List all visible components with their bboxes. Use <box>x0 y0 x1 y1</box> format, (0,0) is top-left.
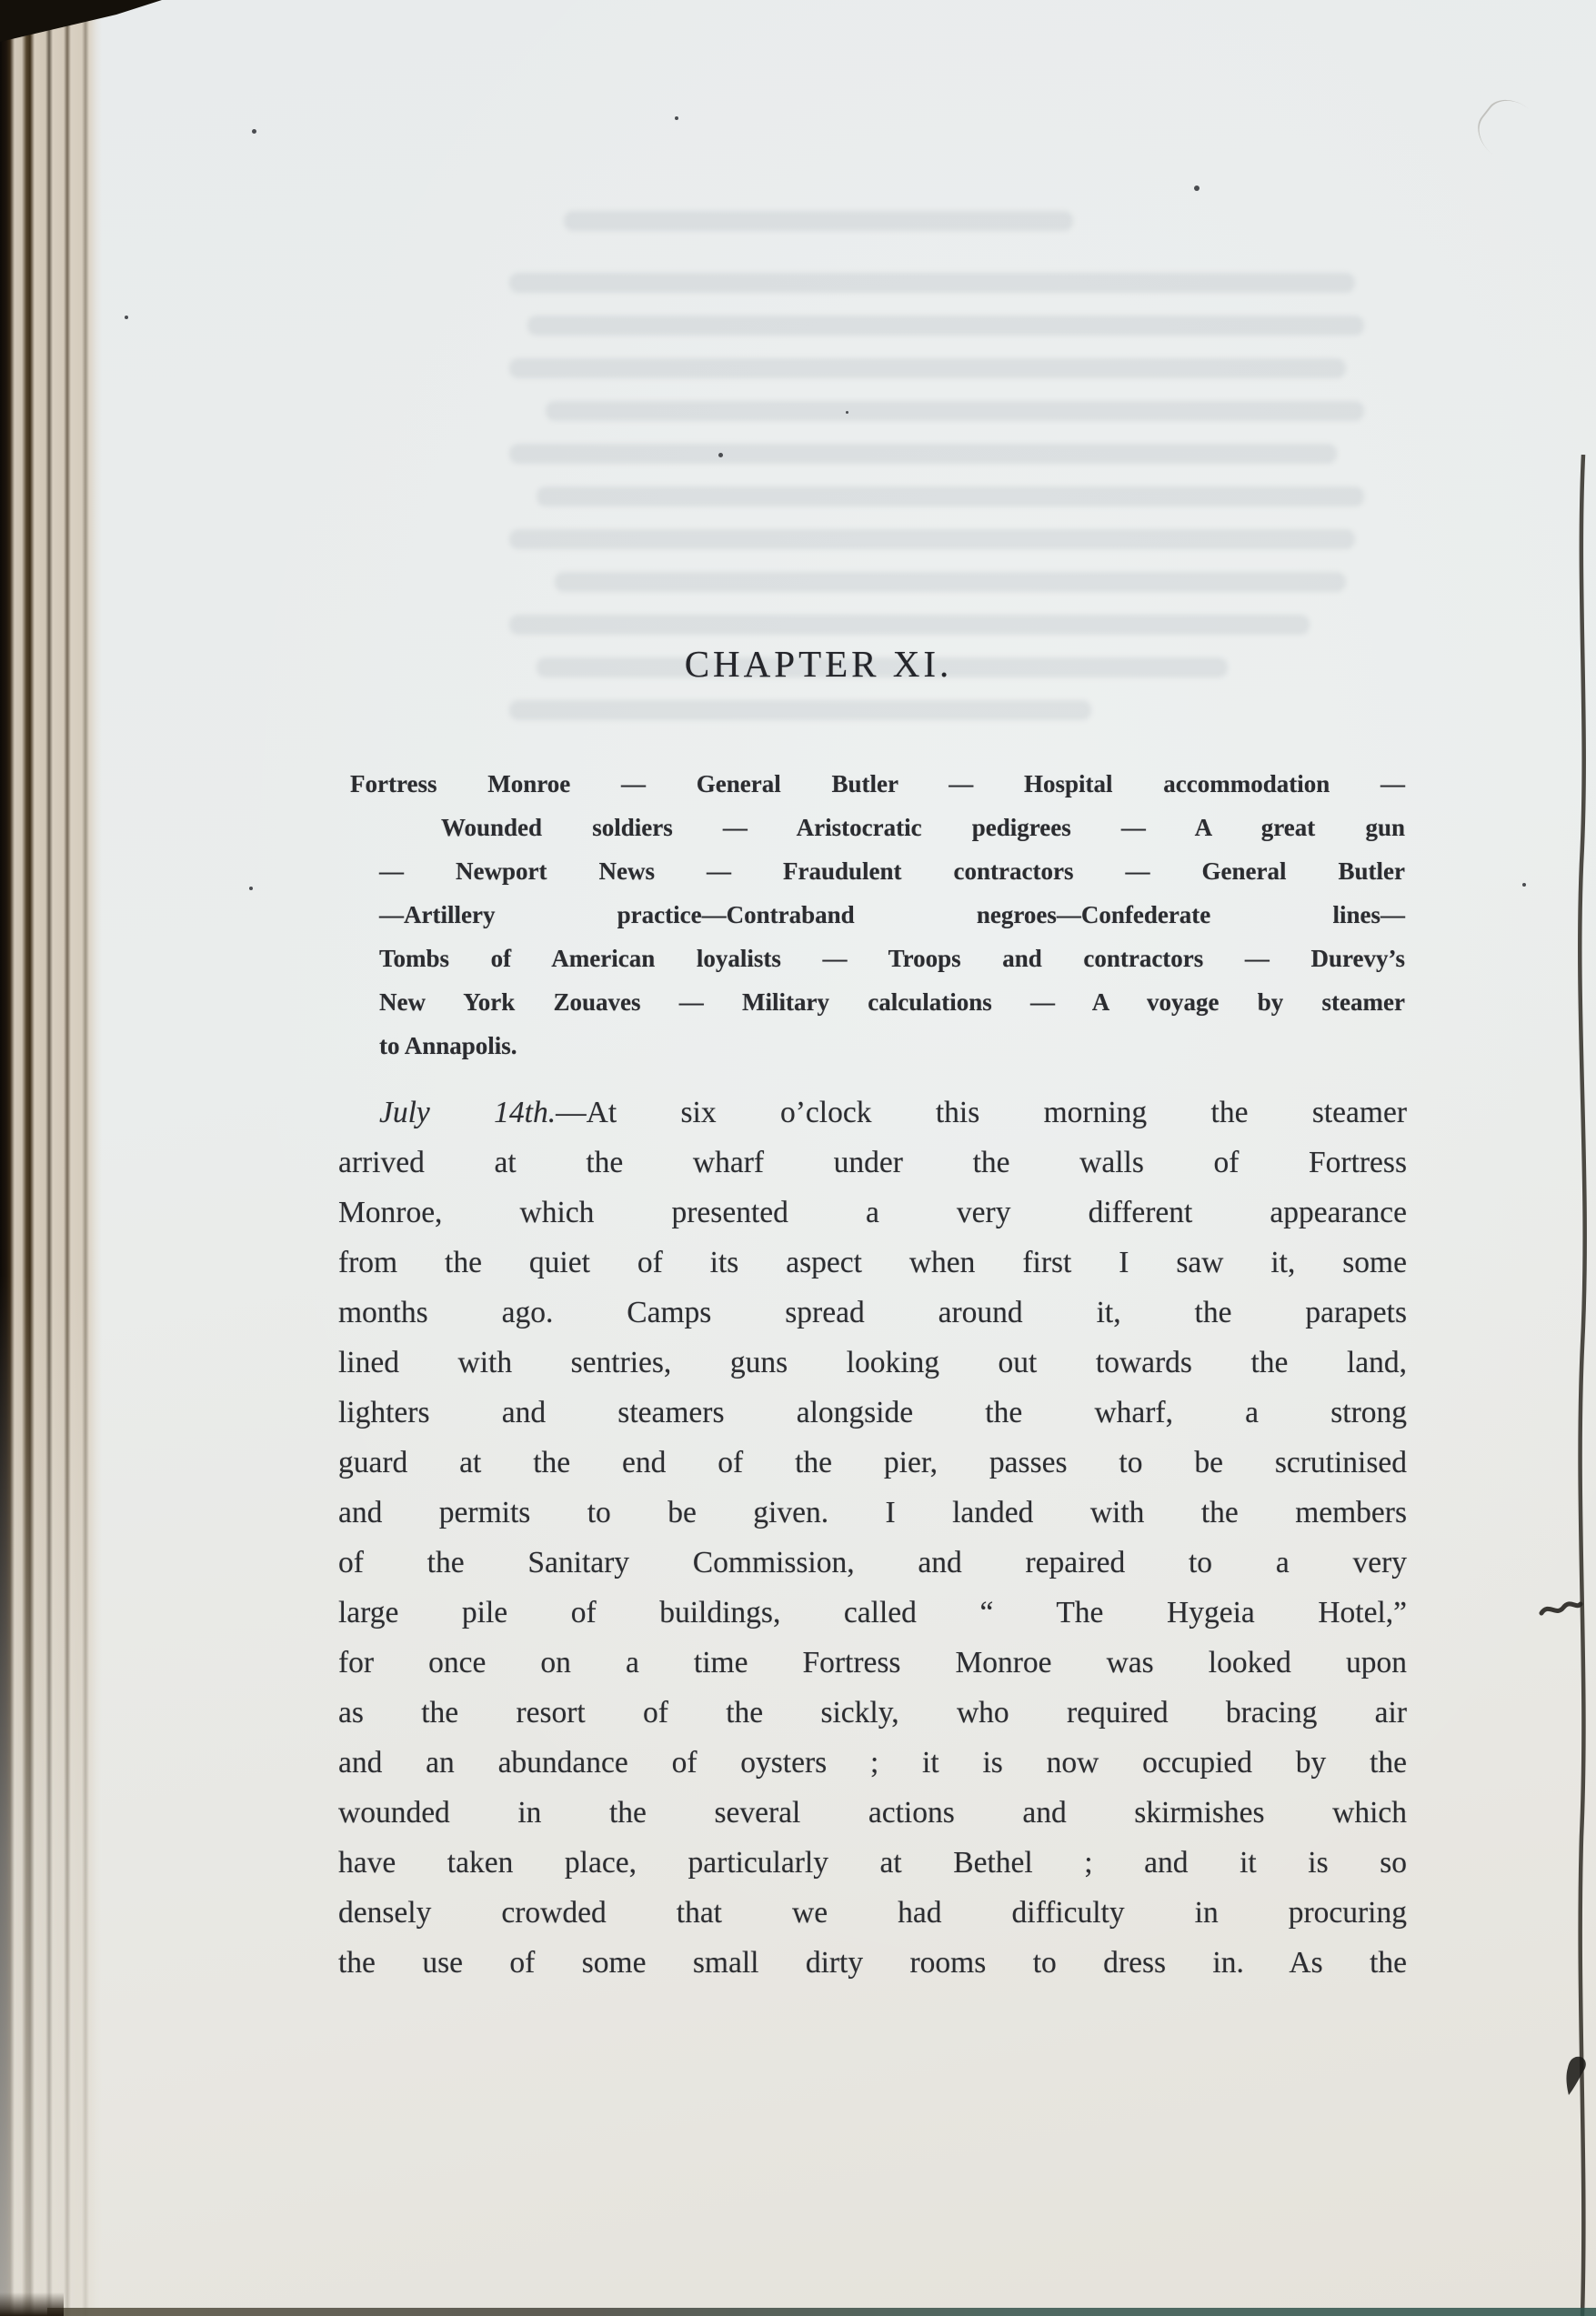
body-line: months ago. Camps spread around it, the … <box>338 1288 1407 1338</box>
paper-speck <box>675 116 678 120</box>
ghost-line <box>555 572 1346 592</box>
body-line: July 14th.—At six o’clock this morning t… <box>338 1088 1407 1138</box>
body-line: for once on a time Fortress Monroe was l… <box>338 1638 1407 1688</box>
body-line: the use of some small dirty rooms to dre… <box>338 1938 1407 1988</box>
body-line: wounded in the several actions and skirm… <box>338 1788 1407 1838</box>
summary-line: to Annapolis. <box>350 1024 1405 1068</box>
ghost-line <box>564 211 1073 231</box>
ghost-line <box>509 700 1091 720</box>
summary-line: New York Zouaves — Military calculations… <box>350 980 1405 1024</box>
date-italic: July 14th. <box>379 1096 556 1129</box>
right-page-edge-line <box>1570 455 1596 2316</box>
paper-speck <box>249 887 253 890</box>
body-line: guard at the end of the pier, passes to … <box>338 1438 1407 1488</box>
ink-blot-mark <box>1557 2053 1595 2099</box>
bottom-left-corner-shadow <box>0 2292 64 2316</box>
ghost-line <box>546 401 1364 421</box>
body-line: arrived at the wharf under the walls of … <box>338 1138 1407 1188</box>
ghost-line <box>537 486 1364 506</box>
summary-line: Tombs of American loyalists — Troops and… <box>350 937 1405 980</box>
ghost-line <box>509 273 1355 293</box>
book-binding-edge <box>0 0 102 2316</box>
ghost-line <box>509 358 1346 378</box>
paper-speck <box>1194 185 1200 191</box>
chapter-summary: Fortress Monroe — General Butler — Hospi… <box>350 762 1405 1068</box>
body-text: July 14th.—At six o’clock this morning t… <box>338 1088 1407 1988</box>
summary-line: Fortress Monroe — General Butler — Hospi… <box>350 762 1405 806</box>
summary-line: Wounded soldiers — Aristocratic pedigree… <box>350 806 1405 849</box>
ghost-line <box>509 529 1355 549</box>
scanned-book-page: CHAPTER XI. Fortress Monroe — General Bu… <box>0 0 1596 2316</box>
body-line: Monroe, which presented a very different… <box>338 1188 1407 1238</box>
paper-speck <box>125 316 128 319</box>
body-line: and permits to be given. I landed with t… <box>338 1488 1407 1538</box>
body-line: lighters and steamers alongside the whar… <box>338 1388 1407 1438</box>
bottom-page-edge <box>47 2308 1596 2316</box>
ghost-line <box>527 316 1364 336</box>
chapter-heading: CHAPTER XI. <box>582 642 1055 686</box>
summary-line: —Artillery practice—Contraband negroes—C… <box>350 893 1405 937</box>
ghost-line <box>509 615 1310 635</box>
body-line: densely crowded that we had difficulty i… <box>338 1888 1407 1938</box>
paper-speck <box>252 129 256 134</box>
ghost-line <box>509 444 1337 464</box>
body-line-text: —At six o’clock this morning the steamer <box>556 1096 1407 1129</box>
body-line: as the resort of the sickly, who require… <box>338 1688 1407 1738</box>
ink-squiggle-mark <box>1539 1599 1584 1622</box>
summary-line: — Newport News — Fraudulent contractors … <box>350 849 1405 893</box>
body-line: have taken place, particularly at Bethel… <box>338 1838 1407 1888</box>
body-line: of the Sanitary Commission, and repaired… <box>338 1538 1407 1588</box>
body-line: large pile of buildings, called “ The Hy… <box>338 1588 1407 1638</box>
body-line: from the quiet of its aspect when first … <box>338 1238 1407 1288</box>
paper-speck <box>1522 883 1526 887</box>
body-line: lined with sentries, guns looking out to… <box>338 1338 1407 1388</box>
paper-speck <box>846 411 848 414</box>
body-line: and an abundance of oysters ; it is now … <box>338 1738 1407 1788</box>
top-right-crease <box>1468 89 1567 185</box>
paper-speck <box>718 453 723 457</box>
